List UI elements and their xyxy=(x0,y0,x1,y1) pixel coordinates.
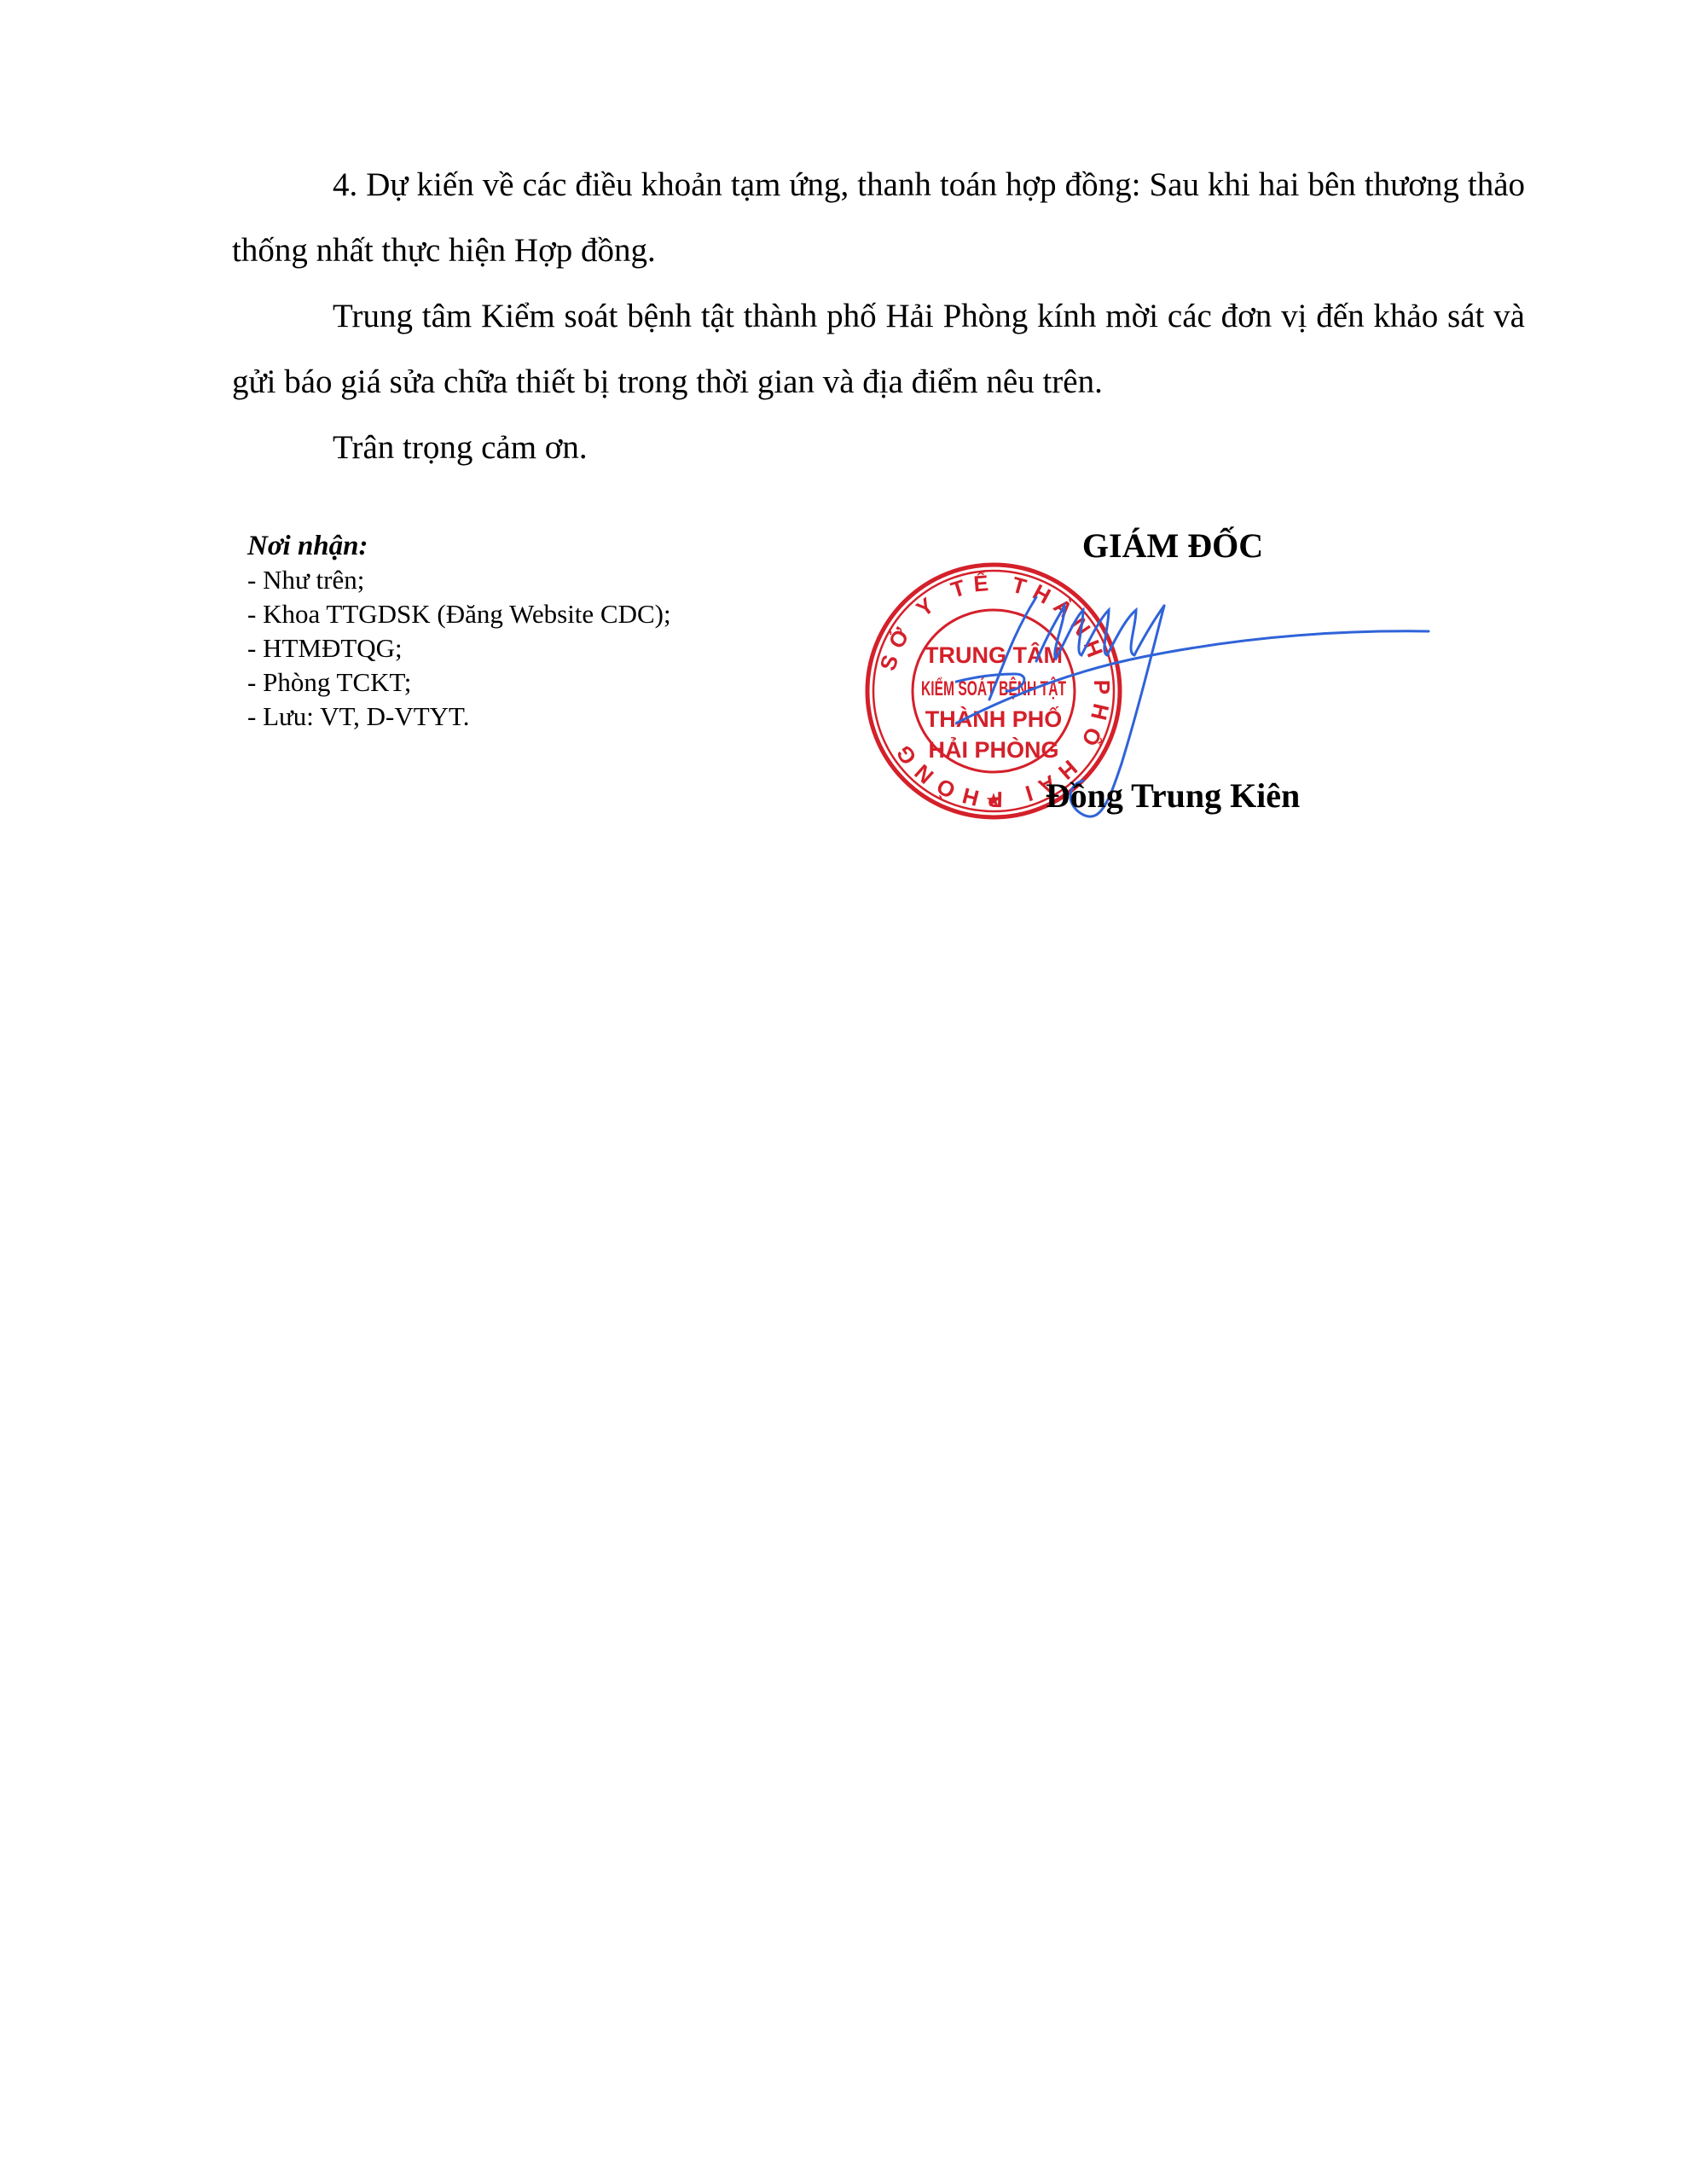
document-page: 4. Dự kiến về các điều khoản tạm ứng, th… xyxy=(0,0,1687,2184)
recipient-item: - Như trên; xyxy=(247,563,671,597)
recipients-block: Nơi nhận: - Như trên; - Khoa TTGDSK (Đăn… xyxy=(247,529,671,734)
signer-name: Đồng Trung Kiên xyxy=(938,775,1407,817)
recipient-item: - Khoa TTGDSK (Đăng Website CDC); xyxy=(247,597,671,631)
paragraph-payment-terms: 4. Dự kiến về các điều khoản tạm ứng, th… xyxy=(232,152,1525,283)
paragraph-closing: Trân trọng cảm ơn. xyxy=(232,415,1525,480)
paragraph-invitation: Trung tâm Kiểm soát bệnh tật thành phố H… xyxy=(232,283,1525,415)
recipient-item: - HTMĐTQG; xyxy=(247,631,671,665)
recipients-heading: Nơi nhận: xyxy=(247,529,671,563)
body-text: 4. Dự kiến về các điều khoản tạm ứng, th… xyxy=(232,152,1525,480)
recipient-item: - Lưu: VT, D-VTYT. xyxy=(247,700,671,734)
recipient-item: - Phòng TCKT; xyxy=(247,665,671,700)
